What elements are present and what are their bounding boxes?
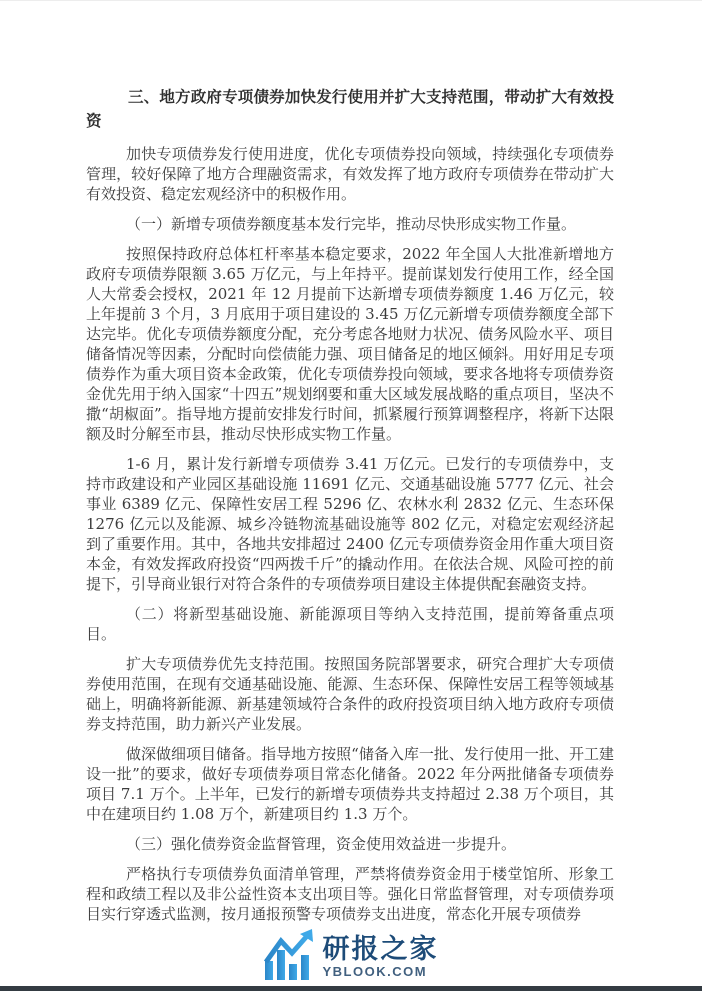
subsection-heading-1: （一）新增专项债券额度基本发行完毕，推动尽快形成实物工作量。 (86, 214, 614, 234)
brand-domain: YBLOOK.COM (323, 964, 428, 980)
document-page: 三、地方政府专项债券加快发行使用并扩大支持范围，带动扩大有效投资 加快专项债券发… (0, 0, 702, 991)
paragraph-scope: 扩大专项债券优先支持范围。按照国务院部署要求，研究合理扩大专项债券使用范围，在现… (86, 654, 614, 734)
paragraph-reserve: 做深做细项目储备。指导地方按照“储备入库一批、发行使用一批、开工建设一批”的要求… (86, 744, 614, 824)
paragraph-supervision: 严格执行专项债券负面清单管理，严禁将债券资金用于楼堂馆所、形象工程和政绩工程以及… (86, 864, 614, 924)
subsection-heading-2: （二）将新型基础设施、新能源项目等纳入支持范围，提前筹备重点项目。 (86, 604, 614, 644)
paragraph-issuance: 1-6 月，累计发行新增专项债券 3.41 万亿元。已发行的专项债券中，支持市政… (86, 454, 614, 594)
brand-text-block: 研报之家 YBLOOK.COM (323, 934, 439, 980)
subsection-heading-3: （三）强化债券资金监督管理，资金使用效益进一步提升。 (86, 834, 614, 854)
bar-chart-trend-arrow-icon (264, 928, 314, 980)
paragraph-intro: 加快专项债券发行使用进度，优化专项债券投向领域，持续强化专项债券管理，较好保障了… (86, 144, 614, 204)
paragraph-quota: 按照保持政府总体杠杆率基本稳定要求，2022 年全国人大批准新增地方政府专项债券… (86, 244, 614, 444)
page-bottom-edge (0, 986, 702, 991)
brand-name: 研报之家 (323, 934, 439, 964)
watermark-logo: 研报之家 YBLOOK.COM (0, 928, 702, 980)
section-title: 三、地方政府专项债券加快发行使用并扩大支持范围，带动扩大有效投资 (86, 85, 614, 133)
document-body: 三、地方政府专项债券加快发行使用并扩大支持范围，带动扩大有效投资 加快专项债券发… (86, 85, 614, 924)
